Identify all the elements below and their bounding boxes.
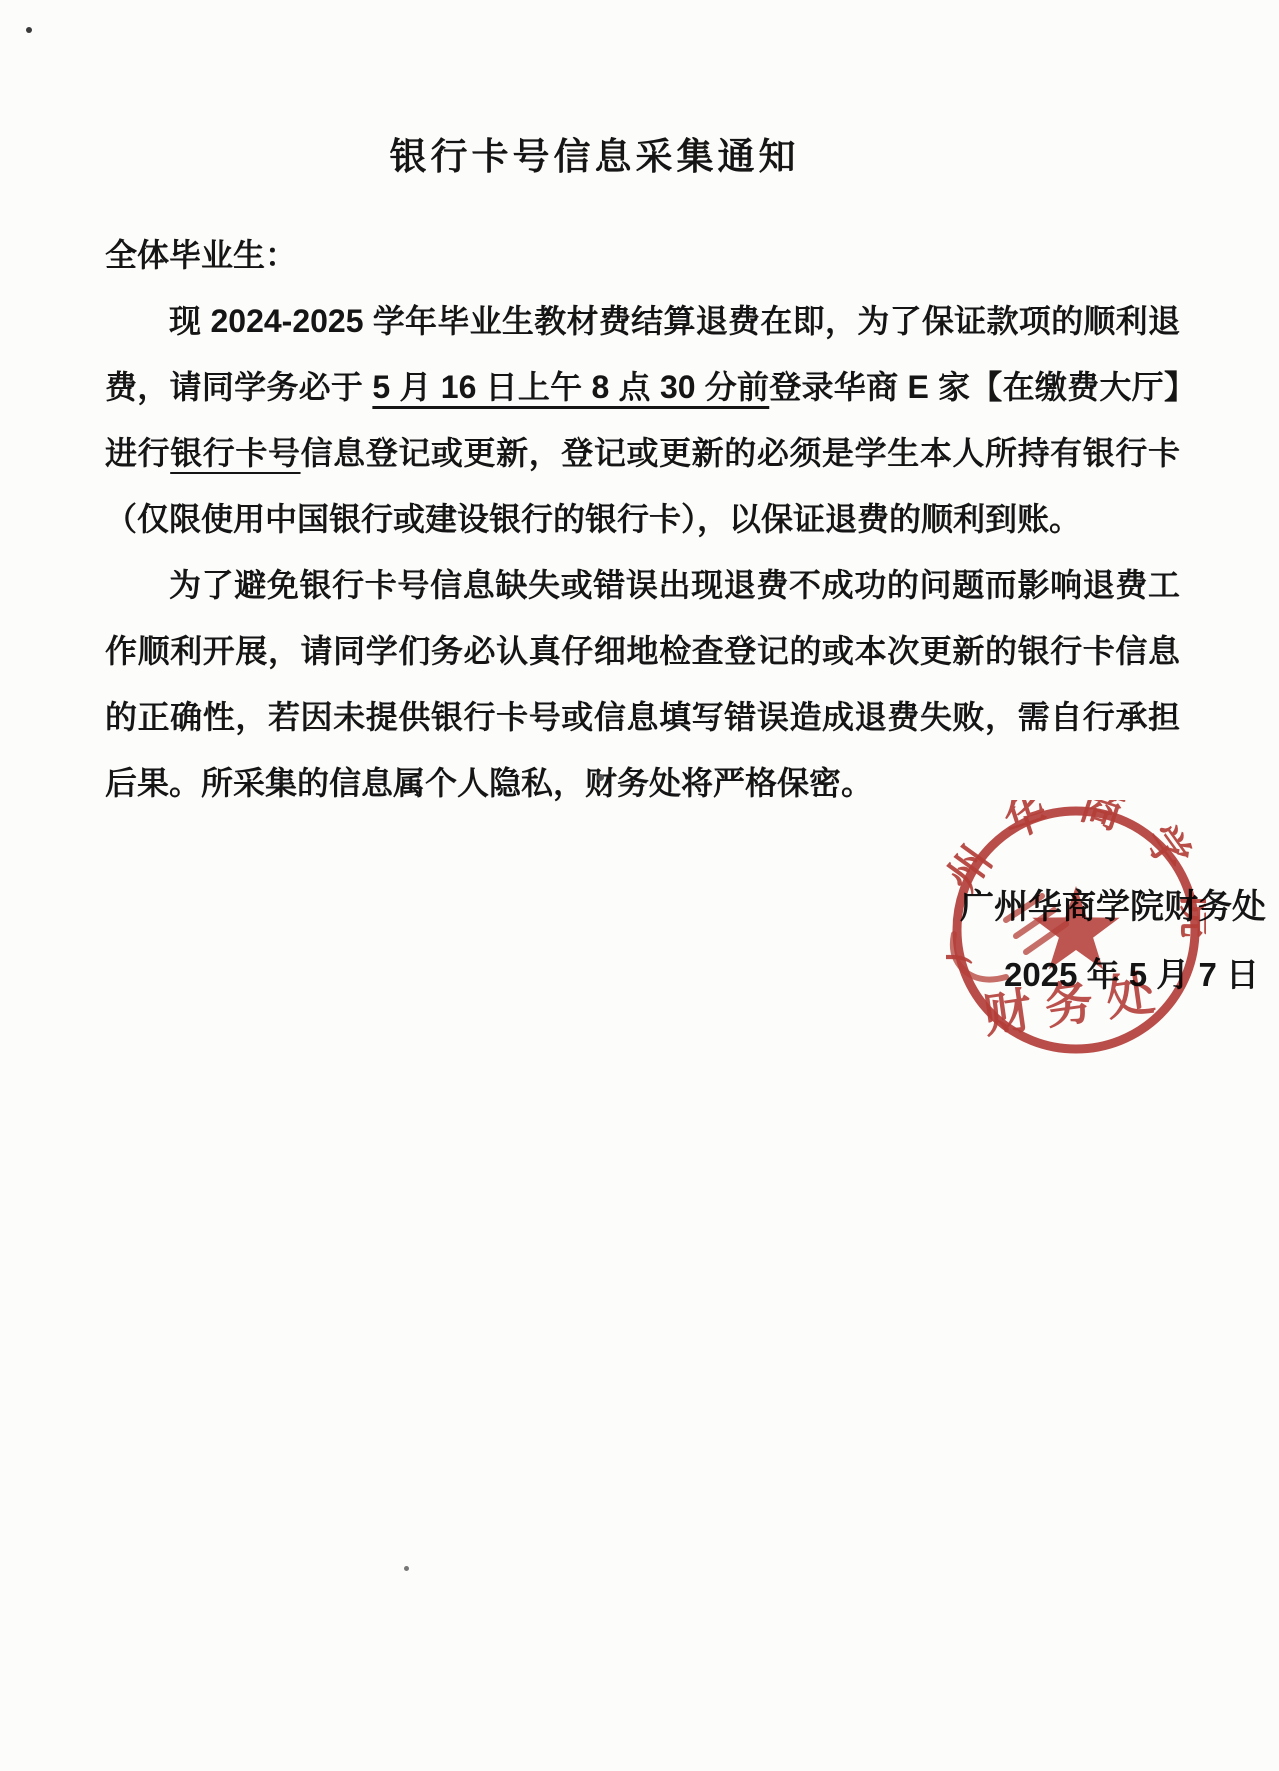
notice-body: 全体毕业生： 现 2024-2025 学年毕业生教材费结算退费在即，为了保证款项…	[0, 222, 1279, 816]
notice-title: 银行卡号信息采集通知	[75, 132, 1114, 182]
paragraph-1: 现 2024-2025 学年毕业生教材费结算退费在即，为了保证款项的顺利退费，请…	[105, 288, 1180, 552]
para1-bankcard: 银行卡号	[170, 435, 300, 471]
paper-speck	[597, 774, 604, 781]
scanned-notice-page: 银行卡号信息采集通知 全体毕业生： 现 2024-2025 学年毕业生教材费结算…	[0, 0, 1279, 1771]
salutation: 全体毕业生：	[105, 222, 1180, 288]
official-seal-stamp: 广州华商学院 财务处	[946, 800, 1206, 1060]
seal-star-icon	[1032, 886, 1119, 969]
paragraph-2: 为了避免银行卡号信息缺失或错误出现退费不成功的问题而影响退费工作顺利开展，请同学…	[105, 552, 1180, 816]
paper-speck	[404, 1566, 409, 1571]
paper-speck	[26, 27, 32, 33]
para1-deadline: 5 月 16 日上午 8 点 30 分前	[372, 369, 769, 405]
